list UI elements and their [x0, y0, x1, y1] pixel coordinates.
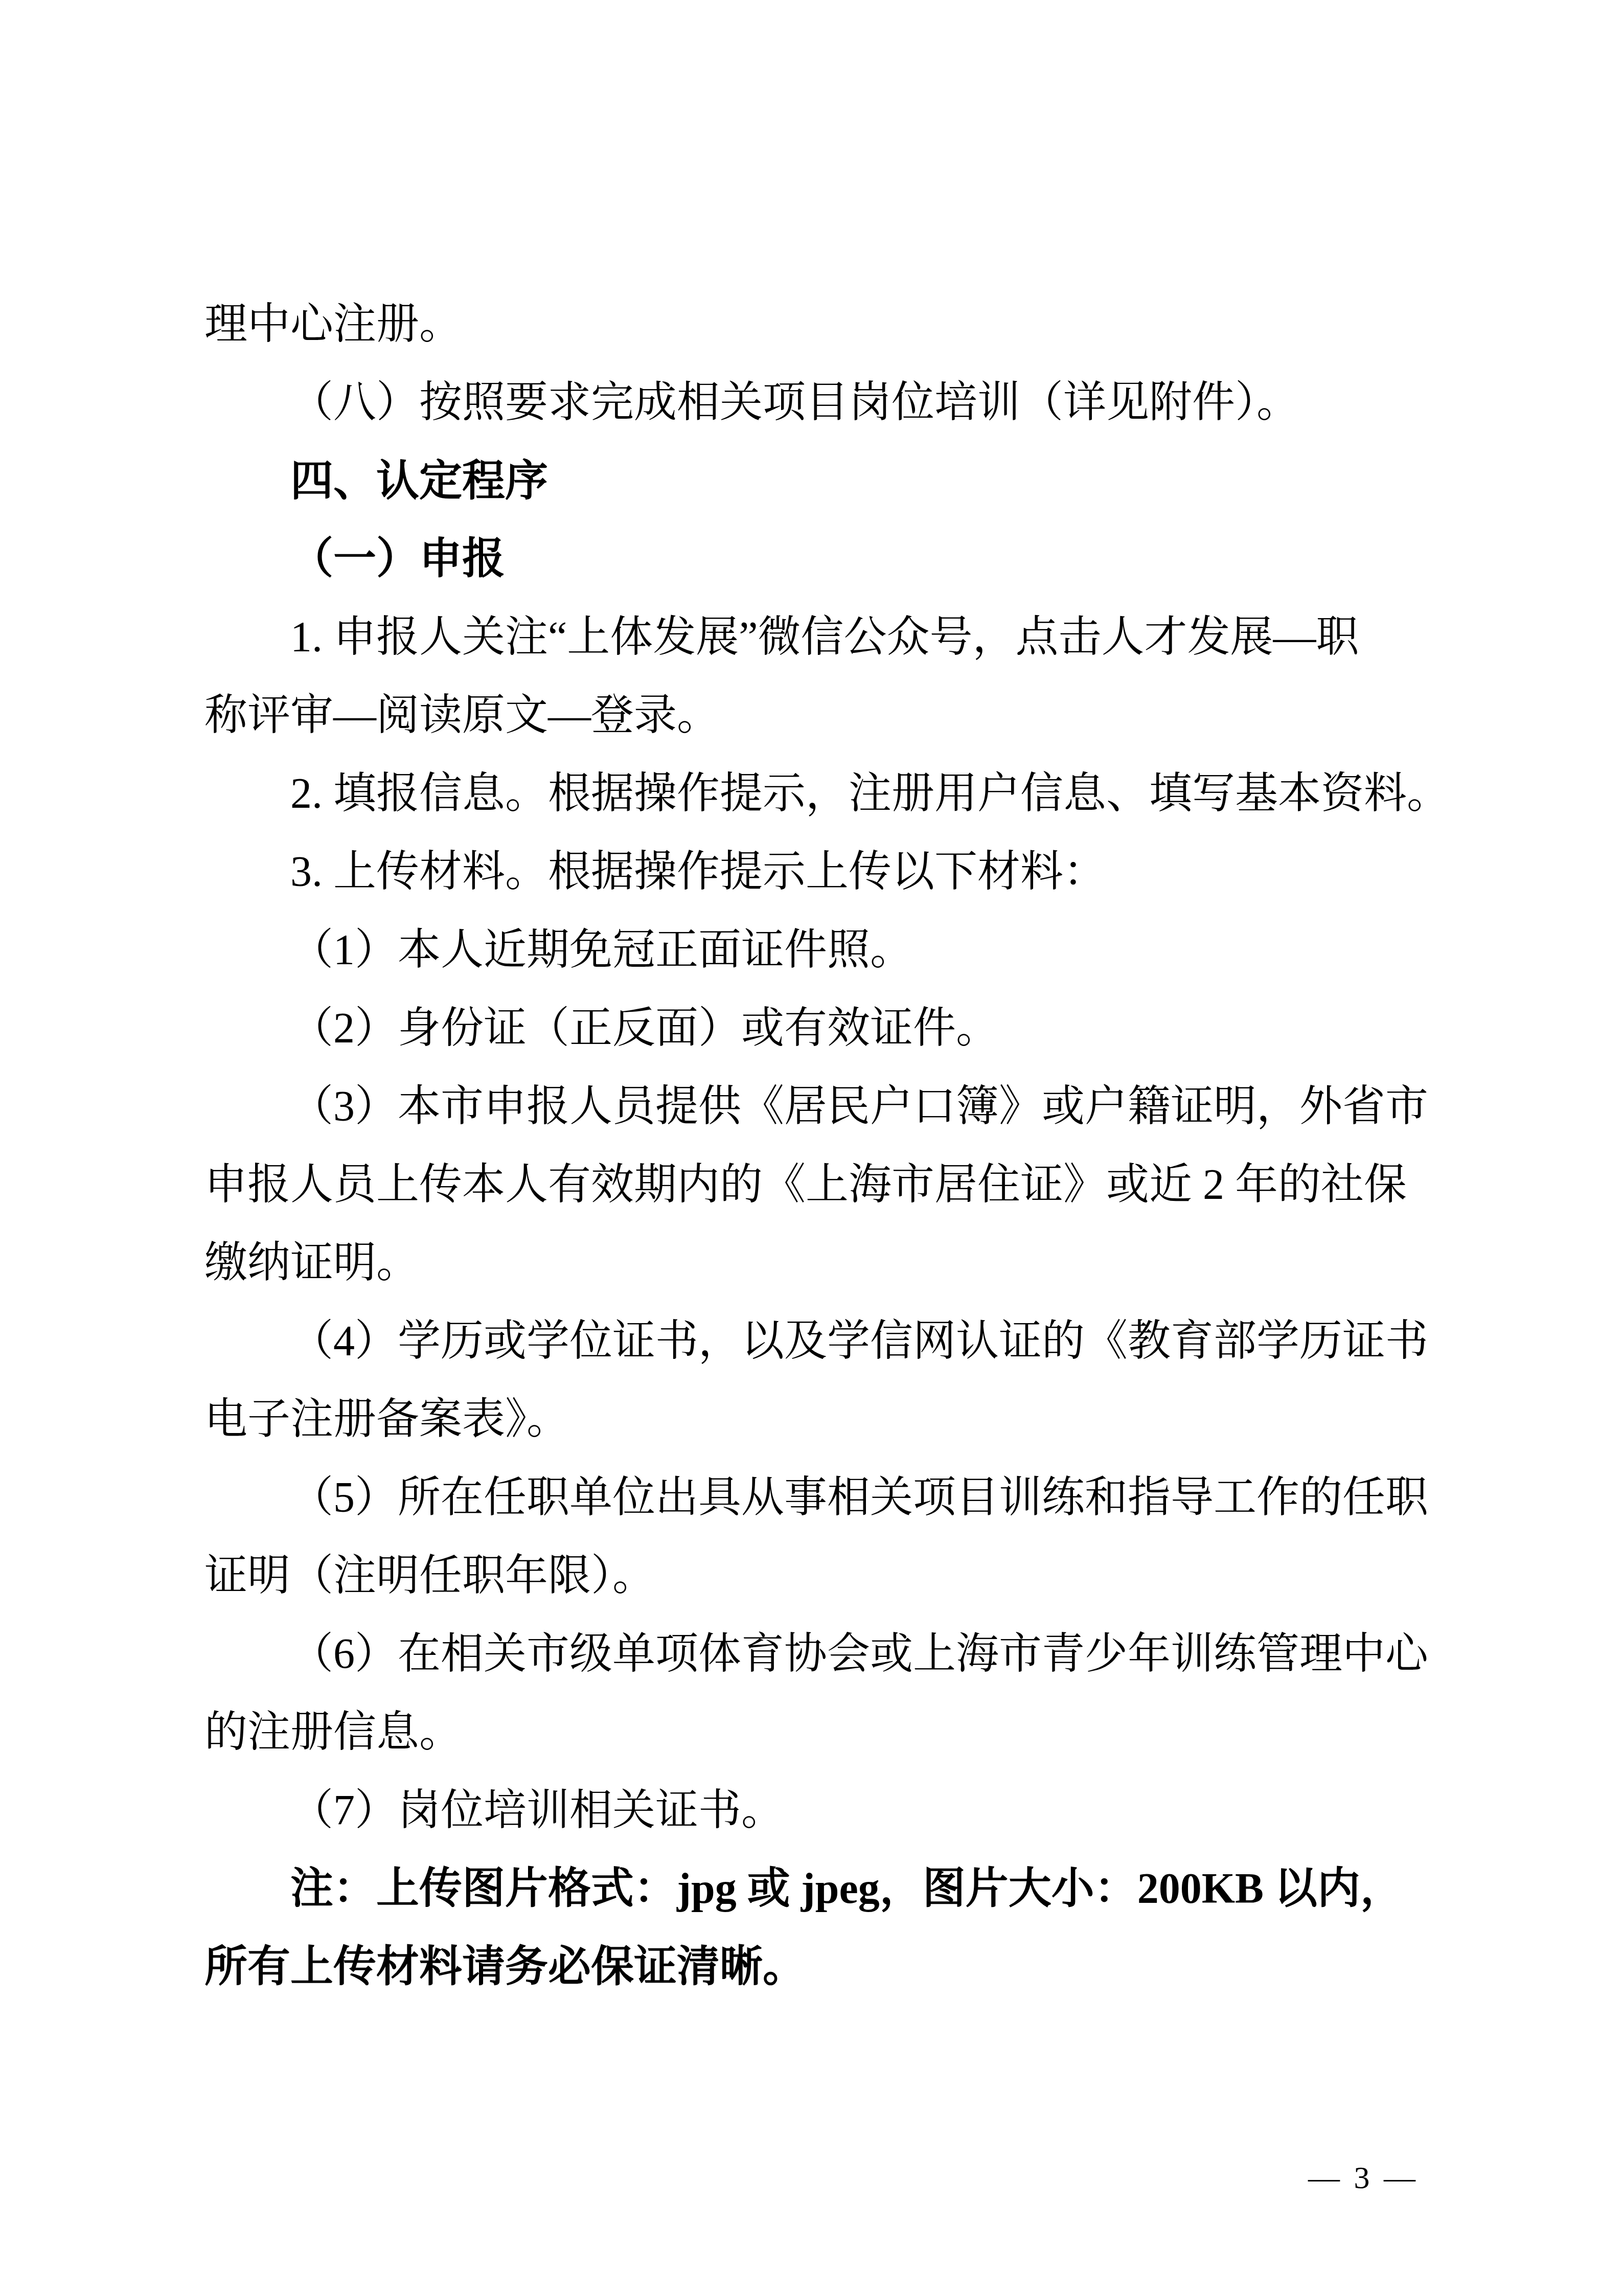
- text-line: （7）岗位培训相关证书。: [204, 1771, 1429, 1850]
- page-number: — 3 —: [1308, 2152, 1419, 2203]
- note-line: 注：上传图片格式：jpg 或 jpeg，图片大小：200KB 以内，: [204, 1850, 1429, 1928]
- text-block: 理中心注册。 （八）按照要求完成相关项目岗位培训（详见附件）。 四、认定程序 （…: [204, 285, 1429, 2006]
- note-line: 所有上传材料请务必保证清晰。: [204, 1928, 1429, 2006]
- text-line: （2）身份证（正反面）或有效证件。: [204, 989, 1429, 1067]
- text-line: 申报人员上传本人有效期内的《上海市居住证》或近 2 年的社保: [204, 1146, 1429, 1224]
- text-line: 理中心注册。: [204, 285, 1429, 363]
- text-line: （3）本市申报人员提供《居民户口簿》或户籍证明，外省市: [204, 1067, 1429, 1146]
- text-line: （6）在相关市级单项体育协会或上海市青少年训练管理中心: [204, 1615, 1429, 1693]
- text-line: 电子注册备案表》。: [204, 1380, 1429, 1459]
- text-line: （4）学历或学位证书，以及学信网认证的《教育部学历证书: [204, 1302, 1429, 1380]
- text-line: （5）所在任职单位出具从事相关项目训练和指导工作的任职: [204, 1459, 1429, 1537]
- text-line: 2. 填报信息。根据操作提示，注册用户信息、填写基本资料。: [204, 755, 1429, 833]
- text-line: 1. 申报人关注“上体发展”微信公众号，点击人才发展—职: [204, 598, 1429, 676]
- text-line: （八）按照要求完成相关项目岗位培训（详见附件）。: [204, 363, 1429, 442]
- text-line: （1）本人近期免冠正面证件照。: [204, 911, 1429, 989]
- subsection-heading: （一）申报: [204, 520, 1429, 598]
- text-line: 3. 上传材料。根据操作提示上传以下材料：: [204, 833, 1429, 911]
- text-line: 的注册信息。: [204, 1693, 1429, 1771]
- text-line: 证明（注明任职年限）。: [204, 1537, 1429, 1615]
- text-line: 缴纳证明。: [204, 1224, 1429, 1302]
- text-line: 称评审—阅读原文—登录。: [204, 676, 1429, 755]
- document-page: 理中心注册。 （八）按照要求完成相关项目岗位培训（详见附件）。 四、认定程序 （…: [0, 0, 1623, 2296]
- section-heading: 四、认定程序: [204, 442, 1429, 520]
